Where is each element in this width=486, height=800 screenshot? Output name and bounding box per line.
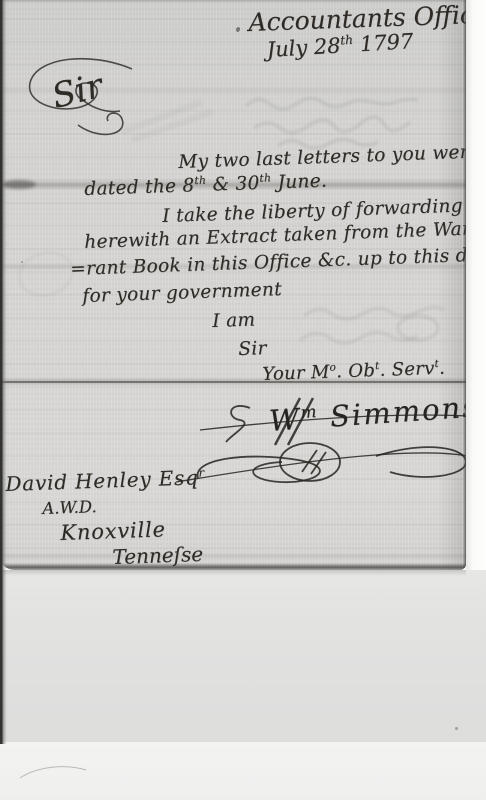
body-line-2-sup2: th xyxy=(259,171,271,184)
header-date-suffix: th xyxy=(340,33,354,48)
closing-text-3: . Serv xyxy=(379,358,435,381)
header-date-main: July 28 xyxy=(266,33,341,61)
closing-your-servant: Your Mo. Obt. Servt. xyxy=(262,358,446,385)
signature-initial: W xyxy=(268,402,302,438)
scan-margin-right xyxy=(466,0,486,570)
fold-crease-lower-line xyxy=(0,381,466,383)
scanner-backing-upper xyxy=(0,570,486,742)
scan-edge-left xyxy=(0,0,7,744)
bleedthrough-marks-middle xyxy=(298,300,458,358)
backing-speck xyxy=(455,727,458,730)
backing-scratch xyxy=(18,762,88,782)
body-line-2-sup1: th xyxy=(194,174,206,187)
recipient-name-main: David Henley Esq xyxy=(5,465,199,496)
body-line-2: dated the 8th & 30th June. xyxy=(84,171,327,200)
signature-initial-sup: m xyxy=(300,401,319,422)
fold-crease-bottom xyxy=(0,553,466,559)
recipient-name: David Henley Esqr xyxy=(5,465,205,496)
closing-text-1: Your M xyxy=(262,362,330,385)
scanned-letter-page: Accountants Office July 28th 1797 Sir My… xyxy=(0,0,486,800)
recipient-name-sup: r xyxy=(198,465,205,479)
closing-i-am: I am xyxy=(212,310,256,332)
closing-sir: Sir xyxy=(238,338,267,360)
recipient-city: Knoxville xyxy=(60,517,166,545)
ink-speck xyxy=(235,26,240,32)
signature-name: Wm Simmons xyxy=(268,389,466,438)
closing-text-2: . Ob xyxy=(336,360,376,382)
paper-edge-top xyxy=(0,0,466,3)
letter-paper: Accountants Office July 28th 1797 Sir My… xyxy=(0,0,466,570)
ink-speck xyxy=(21,261,23,263)
paper-edge-right xyxy=(462,0,466,570)
salutation-sir: Sir xyxy=(48,66,107,117)
body-line-6: for your government xyxy=(82,279,282,307)
pencil-smudge-oval xyxy=(13,246,78,303)
body-line-2-text2: & 30 xyxy=(206,173,260,196)
paper-fold-shading-right xyxy=(438,0,462,570)
recipient-department: A.W.D. xyxy=(42,497,97,518)
fold-crease-knot xyxy=(2,180,36,189)
body-line-1: My two last letters to you were xyxy=(178,141,466,173)
bleedthrough-marks-left xyxy=(112,92,222,142)
header-date-year: 1797 xyxy=(352,29,413,57)
body-line-2-text: dated the 8 xyxy=(84,175,195,200)
paper-edge-bottom xyxy=(0,563,466,570)
body-line-2-text3: June. xyxy=(271,171,327,194)
paper-drop-shadow xyxy=(0,570,466,576)
